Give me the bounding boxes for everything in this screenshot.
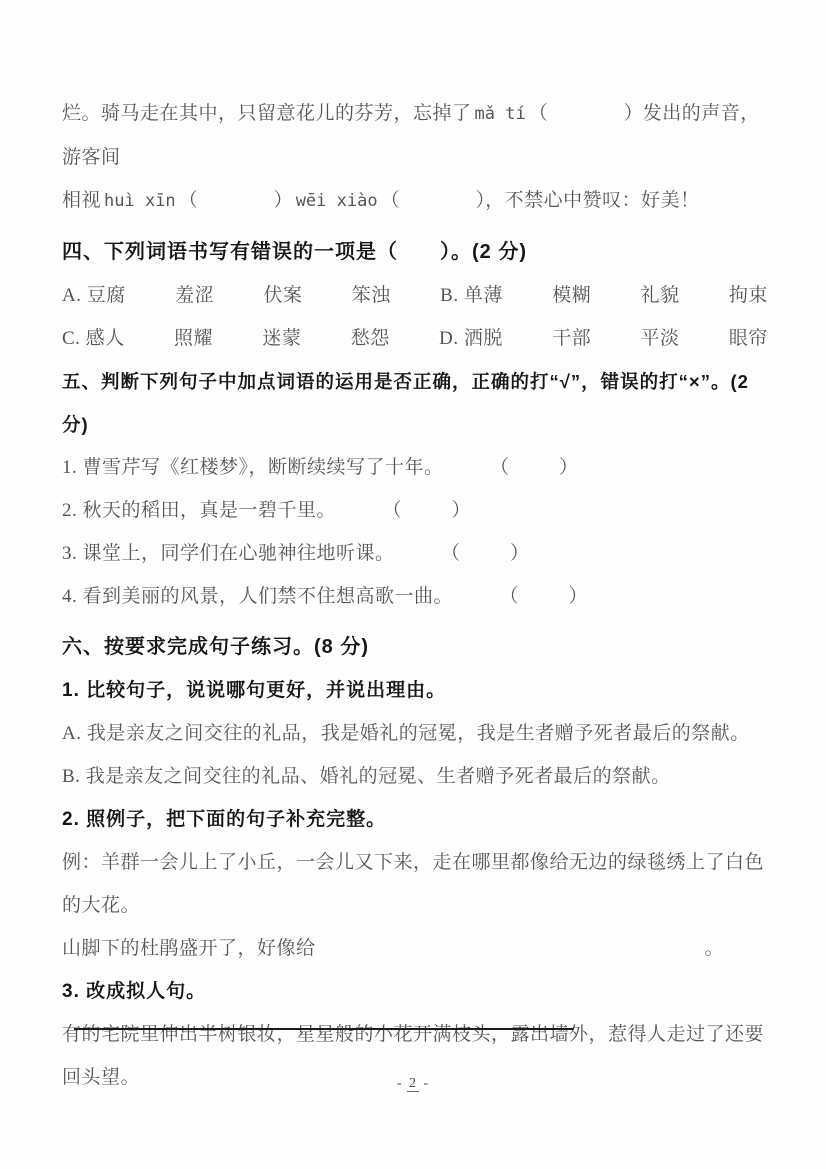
word-choice: D. 洒脱 [439,317,503,360]
q2-heading: 2. 照例子，把下面的句子补充完整。 [62,798,768,841]
worksheet-content: 烂。骑马走在其中，只留意花儿的芬芳，忘掉了mǎ tí（ ）发出的声音，游客间 相… [62,92,768,1099]
judge-sentence: 3. 课堂上，同学们在心驰神往地听课。 [62,543,395,564]
passage-line-1: 烂。骑马走在其中，只留意花儿的芬芳，忘掉了mǎ tí（ ）发出的声音，游客间 [62,92,768,179]
word-choice: B. 单薄 [440,274,503,317]
worksheet-page: 烂。骑马走在其中，只留意花儿的芬芳，忘掉了mǎ tí（ ）发出的声音，游客间 相… [0,0,826,1169]
word-choice: 伏案 [263,274,302,317]
page-number-dash-left: - [397,1076,407,1091]
judge-item-3: 3. 课堂上，同学们在心驰神往地听课。（ ） [62,532,768,575]
fill-line-period: 。 [704,927,724,970]
answer-blank: （ ） [179,190,293,211]
passage-text: 相视 [62,190,101,211]
answer-blank: （ ） [500,457,583,478]
judge-sentence: 4. 看到美丽的风景，人们禁不住想高歌一曲。 [62,586,453,607]
answer-blank: （ ） [529,103,643,124]
judge-sentence: 2. 秋天的稻田，真是一碧千里。 [62,500,336,521]
answer-blank: （ ） [392,500,475,521]
judge-item-1: 1. 曹雪芹写《红楼梦》，断断续续写了十年。（ ） [62,446,768,489]
word-choice: 平淡 [641,317,680,360]
pinyin-wei-xiao: wēi xiào [296,191,378,211]
word-choice: 眼帘 [729,317,768,360]
section4-row-cd: C. 感人 照耀 迷蒙 愁怨 D. 洒脱 干部 平淡 眼帘 [62,317,768,360]
judge-item-4: 4. 看到美丽的风景，人们禁不住想高歌一曲。（ ） [62,575,768,618]
pinyin-hui-xin: huì xīn [104,191,176,211]
section6-heading: 六、按要求完成句子练习。(8 分) [62,626,768,669]
word-choice: 迷蒙 [262,317,301,360]
judge-item-2: 2. 秋天的稻田，真是一碧千里。（ ） [62,489,768,532]
passage-text: 烂。骑马走在其中，只留意花儿的芬芳，忘掉了 [62,103,472,124]
word-choice: 照耀 [174,317,213,360]
page-number: - 2 - [0,1076,826,1092]
word-choice: 愁怨 [351,317,390,360]
fill-prompt: 山脚下的杜鹃盛开了，好像给 [62,927,316,970]
footer-divider [74,1028,574,1030]
answer-blank: （ ） [451,543,534,564]
q1-heading: 1. 比较句子，说说哪句更好，并说出理由。 [62,669,768,712]
section4-heading: 四、下列词语书写有错误的一项是（ ）。(2 分) [62,231,768,274]
word-choice: 拘束 [729,274,768,317]
page-number-value: 2 [407,1076,419,1092]
answer-blank: （ ） [509,586,592,607]
word-choice: 干部 [552,317,591,360]
q2-fill-in-line: 山脚下的杜鹃盛开了，好像给。 [62,927,768,970]
passage-text: ，不禁心中赞叹：好美！ [485,190,700,211]
q1-option-a: A. 我是亲友之间交往的礼品，我是婚礼的冠冕，我是生者赠予死者最后的祭献。 [62,712,768,755]
pinyin-ma-ti: mǎ tí [475,104,526,124]
passage-line-2: 相视huì xīn（ ）wēi xiào（ ），不禁心中赞叹：好美！ [62,179,768,223]
section5-heading: 五、判断下列句子中加点词语的运用是否正确，正确的打“√”，错误的打“×”。(2 … [62,360,768,446]
word-choice: A. 豆腐 [62,274,126,317]
word-choice: 礼貌 [641,274,680,317]
q2-example: 例：羊群一会儿上了小丘，一会儿又下来，走在哪里都像给无边的绿毯绣上了白色的大花。 [62,841,768,927]
q3-heading: 3. 改成拟人句。 [62,970,768,1013]
word-choice: 模糊 [552,274,591,317]
answer-blank: （ ） [381,190,486,211]
word-choice: 羞涩 [175,274,214,317]
page-number-dash-right: - [419,1076,429,1091]
section4-row-ab: A. 豆腐 羞涩 伏案 笨浊 B. 单薄 模糊 礼貌 拘束 [62,274,768,317]
word-choice: C. 感人 [62,317,125,360]
judge-sentence: 1. 曹雪芹写《红楼梦》，断断续续写了十年。 [62,457,444,478]
word-choice: 笨浊 [352,274,391,317]
q1-option-b: B. 我是亲友之间交往的礼品、婚礼的冠冕、生者赠予死者最后的祭献。 [62,755,768,798]
